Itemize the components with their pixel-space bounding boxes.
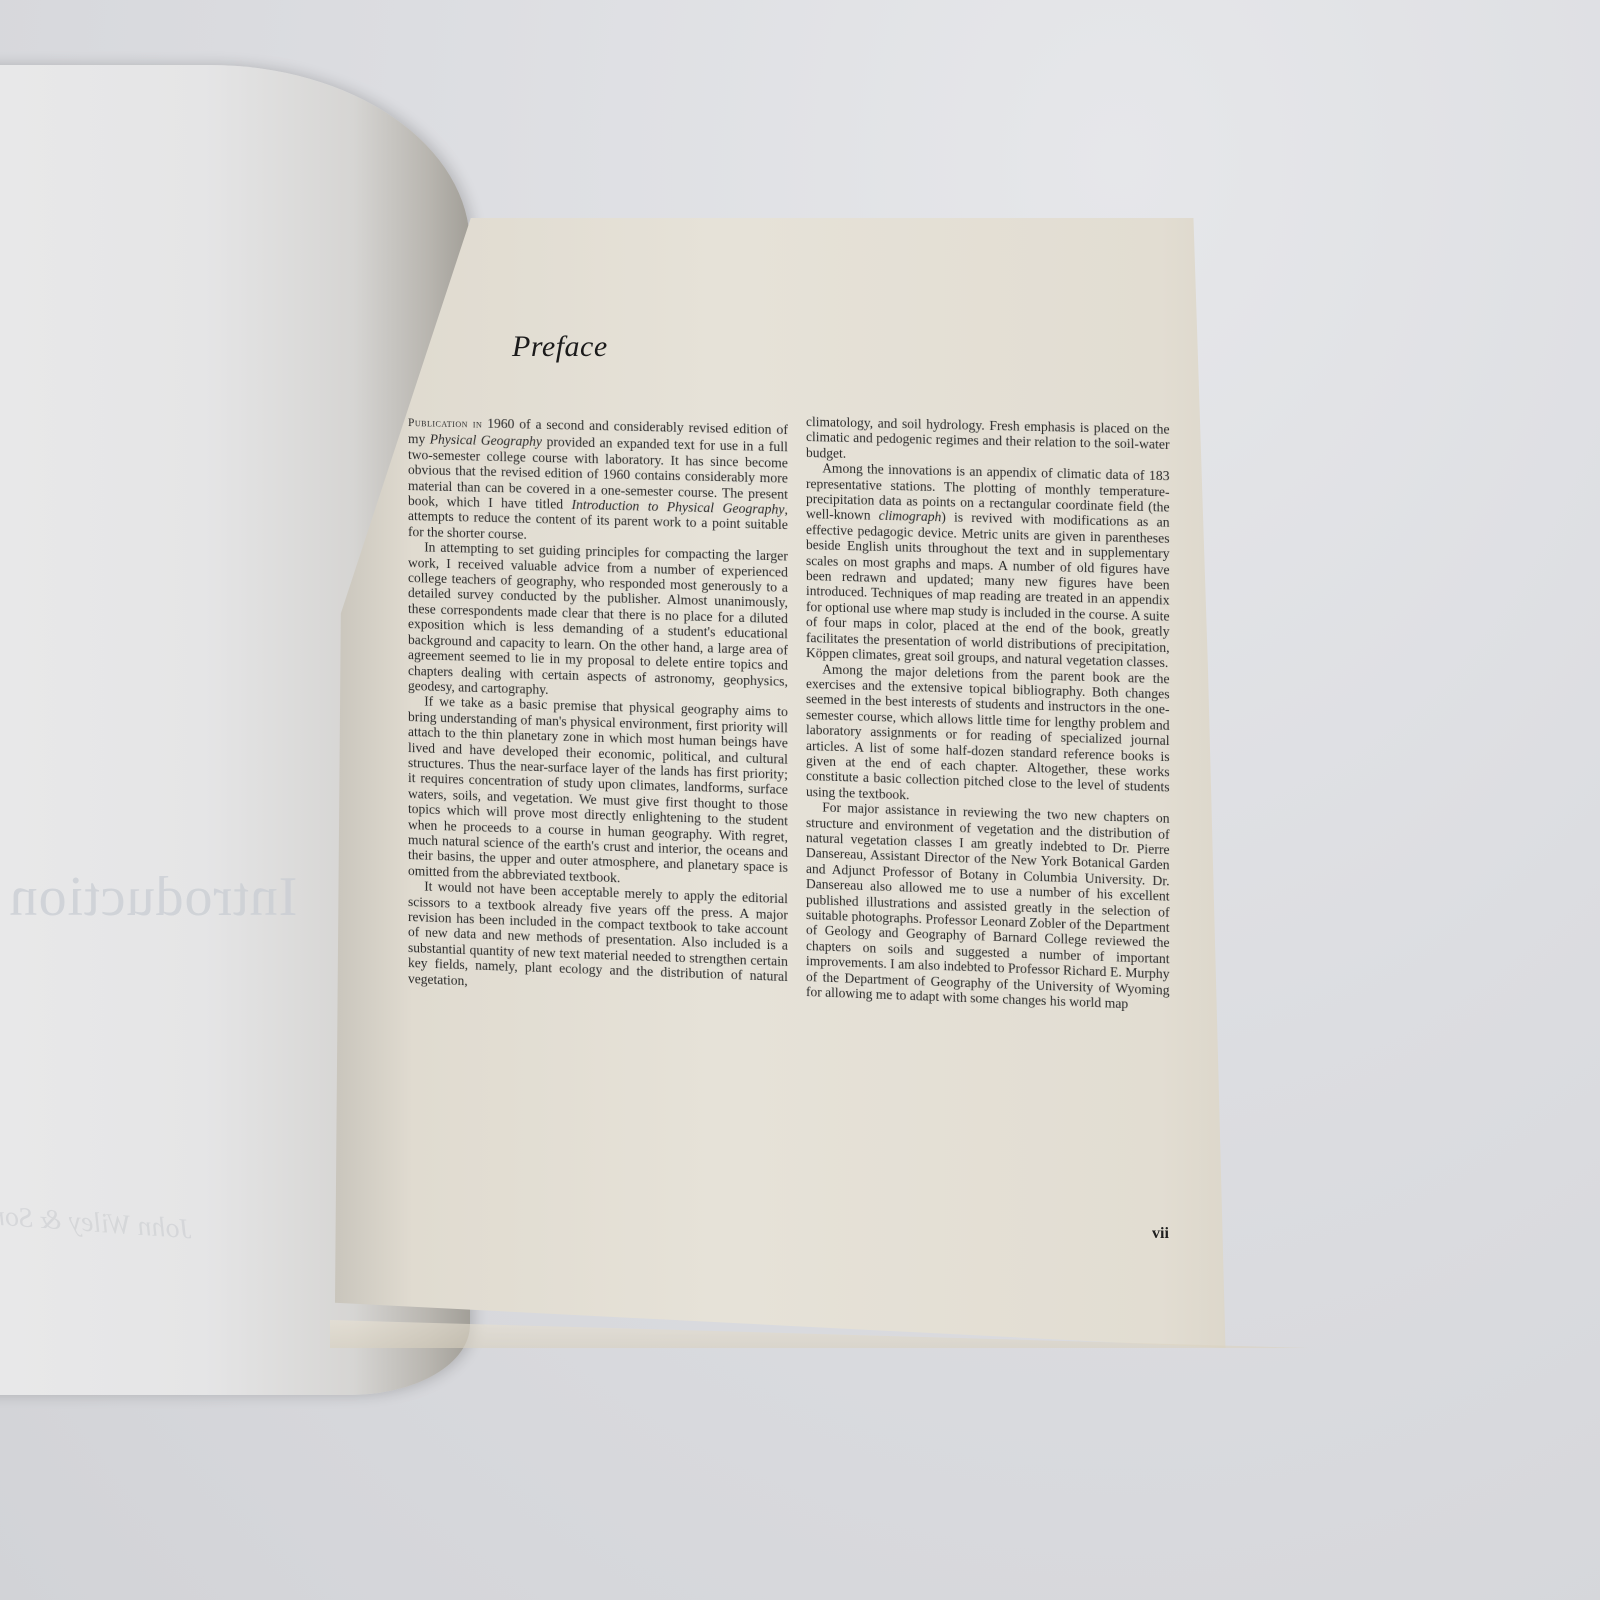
bleed-through-publisher: John Wiley & Sons — [0, 1200, 193, 1247]
paragraph: Among the major deletions from the paren… — [806, 661, 1170, 811]
page-number: vii — [1152, 1225, 1169, 1243]
paragraph: It would not have been acceptable merely… — [408, 878, 788, 1000]
paragraph: Publication in 1960 of a second and cons… — [408, 414, 788, 549]
paragraph: climatology, and soil hydrology. Fresh e… — [806, 414, 1170, 468]
text-column-right: climatology, and soil hydrology. Fresh e… — [806, 414, 1170, 1013]
paragraph: If we take as a basic premise that physi… — [408, 693, 788, 891]
lead-in: Publication in — [408, 417, 482, 431]
bleed-through-title: Introduction to — [0, 865, 297, 929]
paragraph: In attempting to set guiding principles … — [408, 539, 788, 704]
page-title: Preface — [512, 330, 608, 364]
book-photo: Introduction to John Wiley & Sons Prefac… — [0, 0, 1600, 1600]
paragraph: For major assistance in reviewing the tw… — [806, 799, 1170, 1013]
paragraph: Among the innovations is an appendix of … — [806, 460, 1170, 671]
text-column-left: Publication in 1960 of a second and cons… — [408, 414, 788, 1000]
